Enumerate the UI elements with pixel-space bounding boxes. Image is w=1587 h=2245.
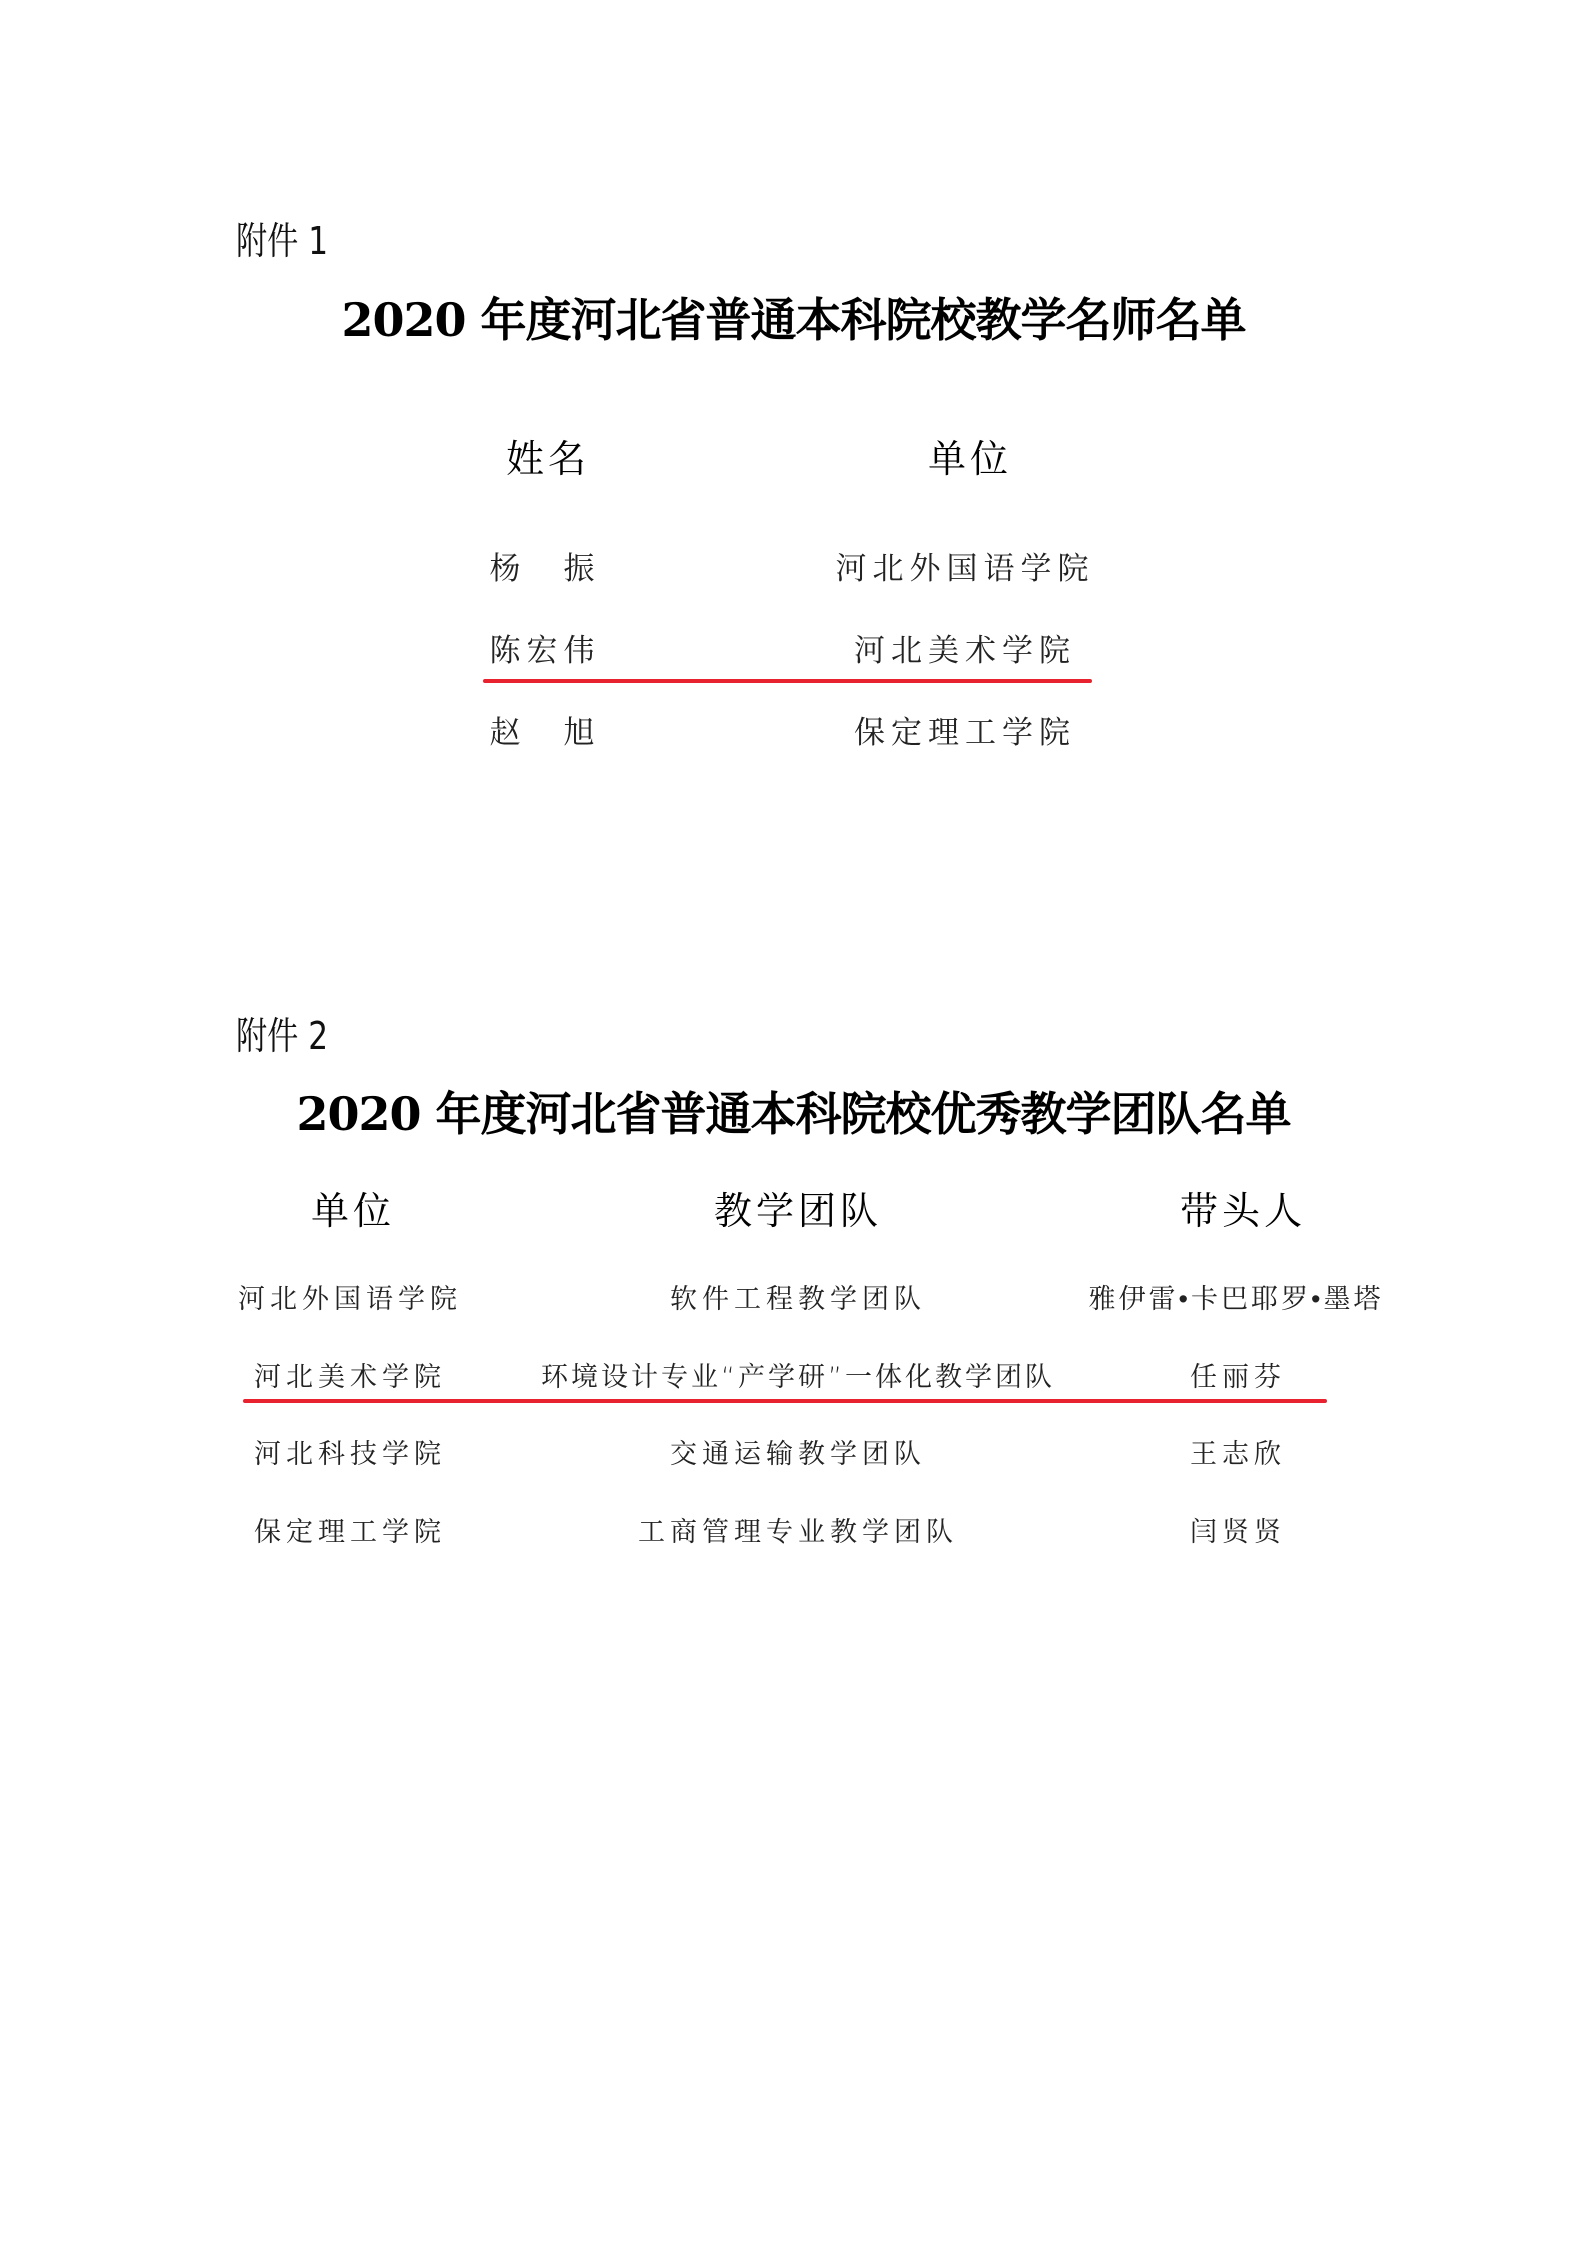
teacher-unit: 保定理工学院 [815, 707, 1115, 752]
team-leader: 任丽芬 [1138, 1355, 1338, 1394]
team-unit: 河北美术学院 [230, 1355, 470, 1394]
team-name: 交通运输教学团队 [498, 1432, 1098, 1471]
attachment-2-title: 2020 年度河北省普通本科院校优秀教学团队名单 [0, 1078, 1587, 1144]
red-underline [243, 1399, 1327, 1403]
attachment-2-label: 附件 2 [236, 1005, 328, 1060]
teacher-name: 杨 振 [470, 543, 620, 588]
header-leader: 带头人 [1143, 1180, 1343, 1235]
team-leader: 闫贤贤 [1138, 1510, 1338, 1549]
team-leader: 王志欣 [1138, 1432, 1338, 1471]
red-underline [483, 679, 1092, 683]
team-name: 工商管理专业教学团队 [498, 1510, 1098, 1549]
team-leader: 雅伊雷•卡巴耶罗•墨塔 [1036, 1277, 1436, 1316]
header-unit: 单位 [890, 428, 1050, 483]
team-name: 软件工程教学团队 [498, 1277, 1098, 1316]
header-unit: 单位 [273, 1180, 433, 1235]
team-unit: 河北外国语学院 [230, 1277, 470, 1316]
team-unit: 河北科技学院 [230, 1432, 470, 1471]
team-name: 环境设计专业“产学研”一体化教学团队 [498, 1355, 1098, 1394]
team-unit: 保定理工学院 [230, 1510, 470, 1549]
teacher-name: 赵 旭 [470, 707, 620, 752]
attachment-1-label: 附件 1 [236, 210, 328, 265]
attachment-1-title: 2020 年度河北省普通本科院校教学名师名单 [0, 284, 1587, 350]
header-team: 教学团队 [678, 1180, 918, 1235]
teacher-unit: 河北美术学院 [815, 625, 1115, 670]
header-name: 姓名 [468, 428, 628, 483]
teacher-name: 陈宏伟 [470, 625, 620, 670]
teacher-unit: 河北外国语学院 [815, 543, 1115, 588]
